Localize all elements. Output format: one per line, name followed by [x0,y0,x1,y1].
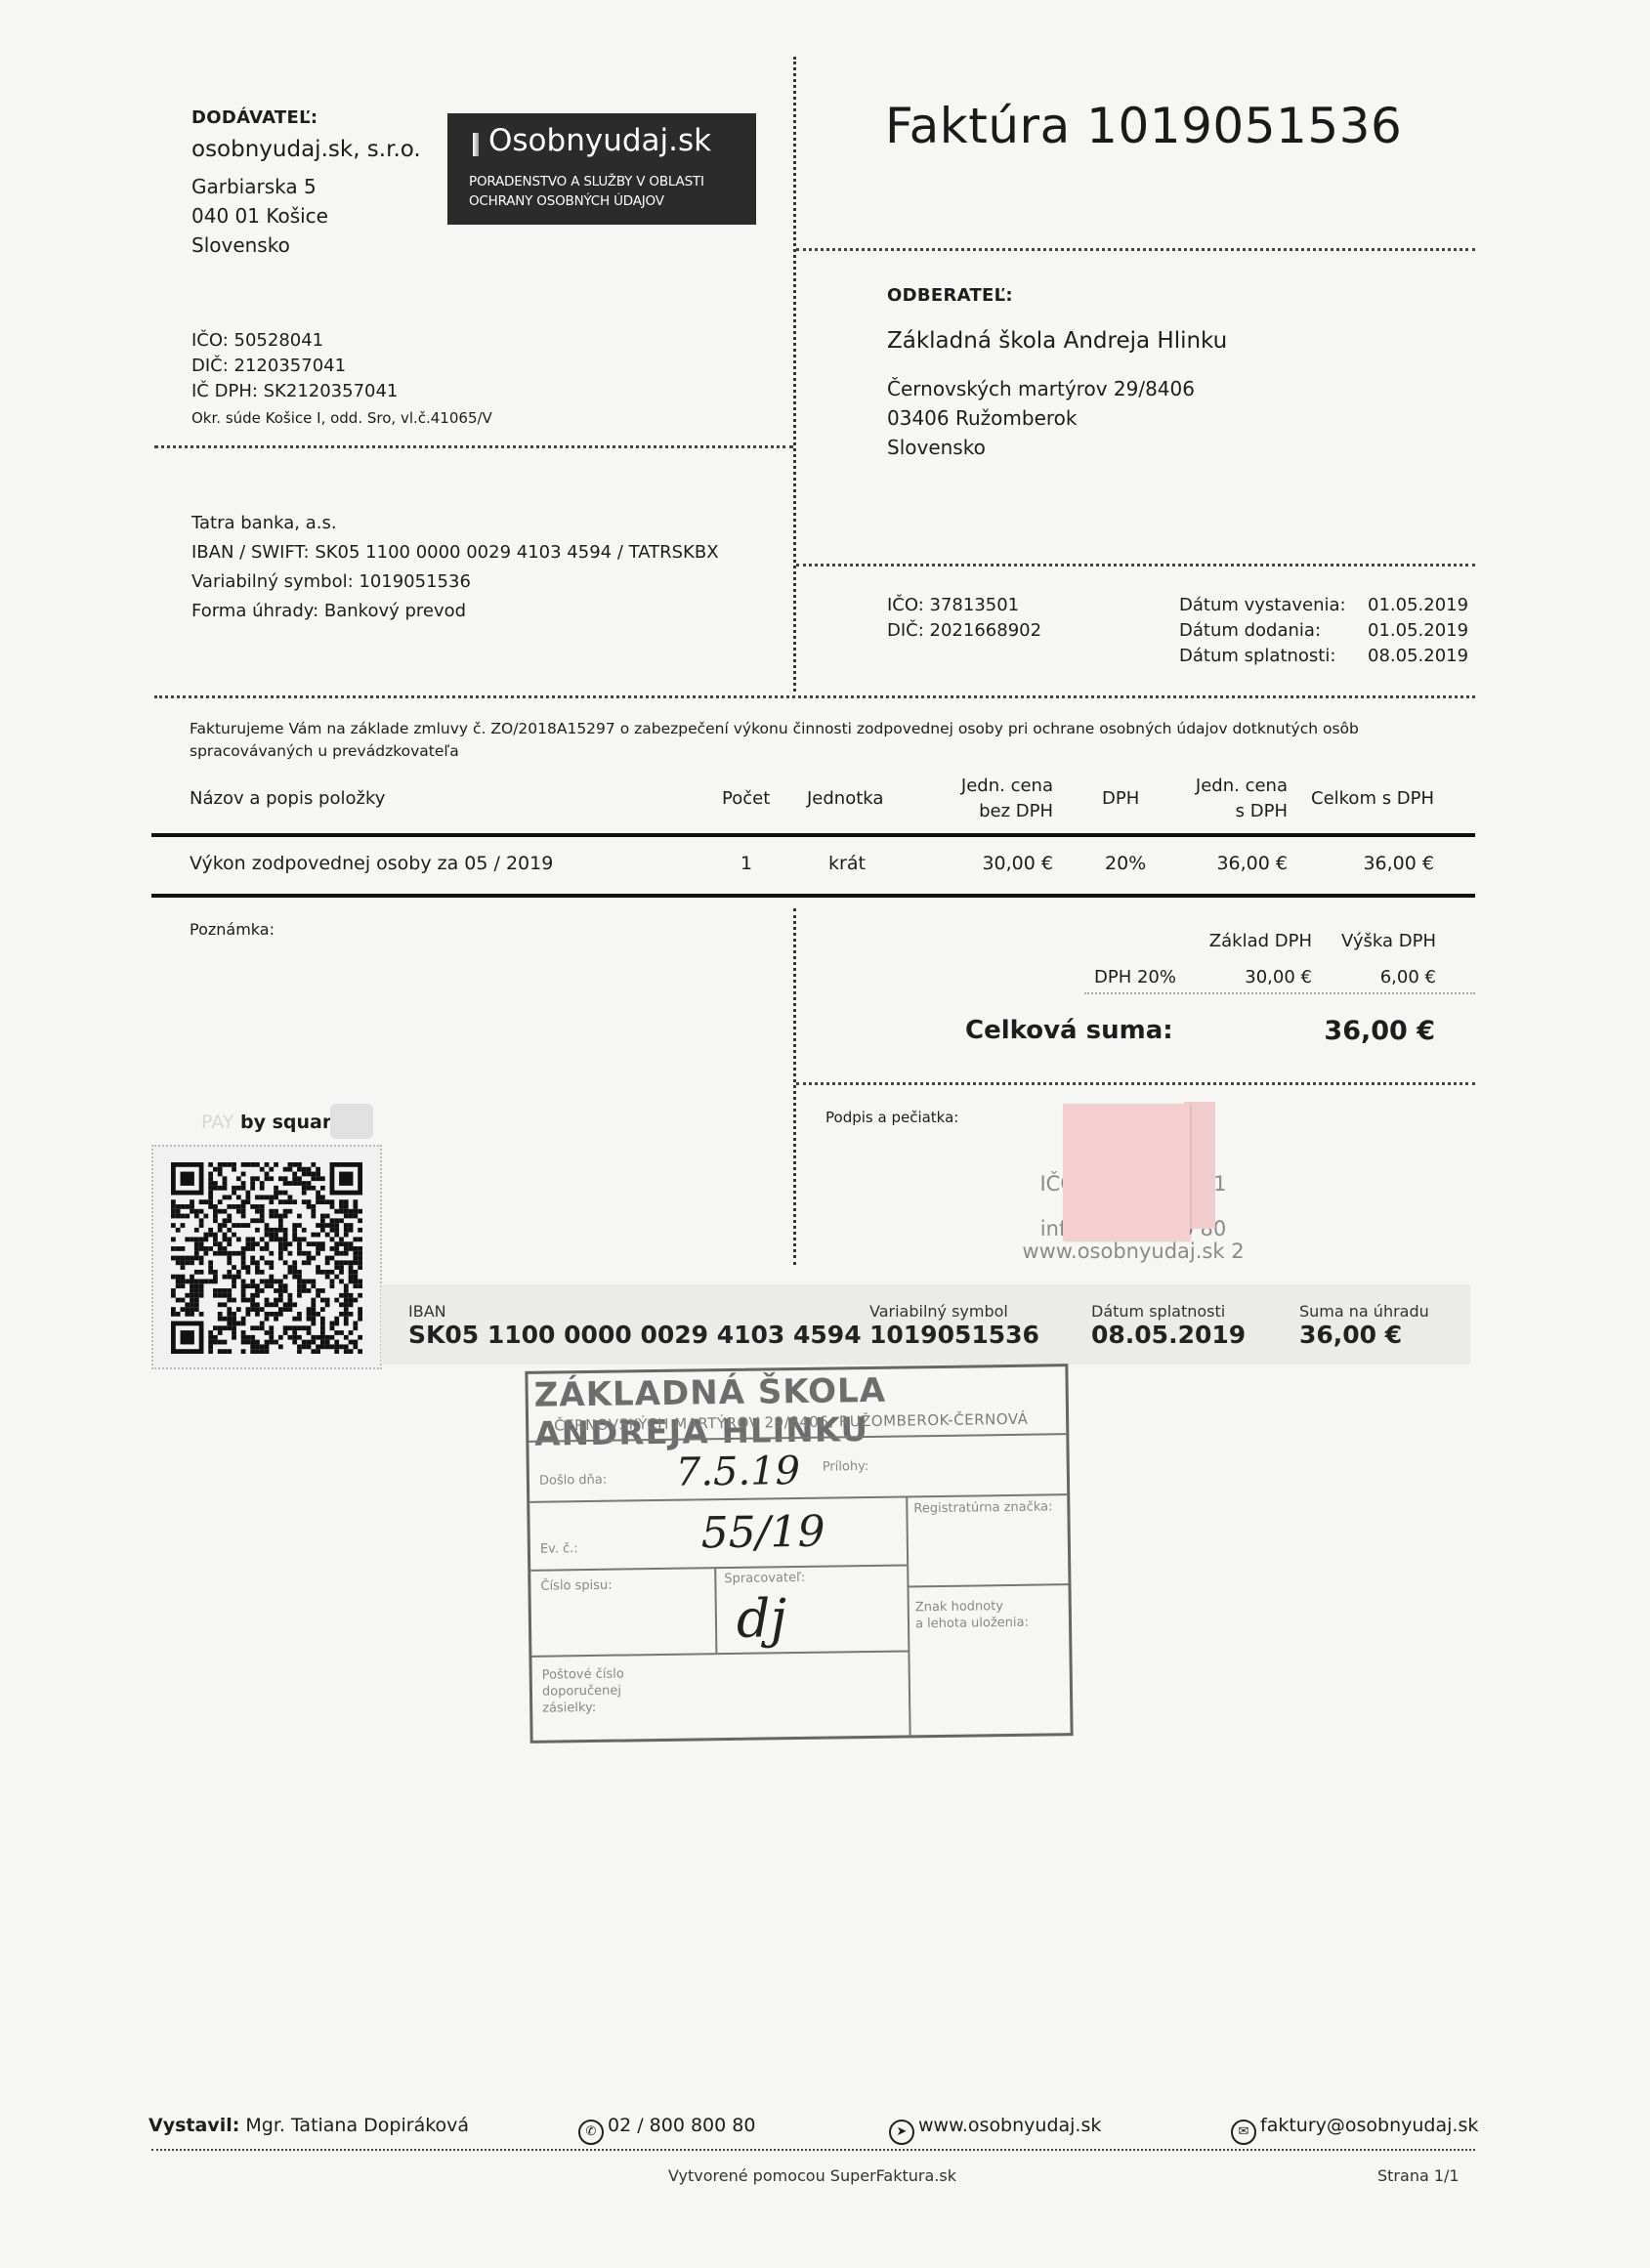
date-issued-label: Dátum vystavenia: [1179,592,1346,618]
pb-iban-value: SK05 1100 0000 0029 4103 4594 [408,1321,862,1349]
issued-by: Vystavil: Mgr. Tatiana Dopiráková [148,2115,469,2136]
divider-supplier [154,445,793,448]
intro-text-line-1: Fakturujeme Vám na základe zmluvy č. ZO/… [190,718,1359,740]
ev-label: Ev. č.: [540,1541,578,1557]
pb-amount-value: 36,00 € [1299,1321,1402,1349]
envelope-icon: ✉ [1231,2120,1256,2145]
item-vat: 20% [1105,853,1146,874]
customer-dic: DIČ: 2021668902 [887,617,1041,644]
supplier-heading: DODÁVATEĽ: [191,107,317,128]
attachments-label: Prílohy: [823,1459,869,1475]
supplier-dic: DIČ: 2120357041 [191,353,346,379]
bank-iban-swift: IBAN / SWIFT: SK05 1100 0000 0029 4103 4… [191,539,719,566]
customer-ico: IČO: 37813501 [887,592,1019,618]
supplier-ico: IČO: 50528041 [191,327,323,354]
table-bottom-rule [151,894,1475,898]
signature-label: Podpis a pečiatka: [825,1107,958,1129]
col-header-vat: DPH [1102,786,1139,812]
item-unit-price-gross: 36,00 € [1172,853,1288,874]
divider-vat-summary [1084,992,1475,994]
phone-icon: ✆ [578,2120,604,2145]
date-issued-value: 01.05.2019 [1368,592,1468,618]
divider-footer [151,2149,1475,2151]
date-delivered-value: 01.05.2019 [1368,617,1468,644]
payment-bar: IBAN SK05 1100 0000 0029 4103 4594 Varia… [381,1284,1470,1365]
pb-amount-label: Suma na úhradu [1299,1302,1429,1321]
registry-stamp: ZÁKLADNÁ ŠKOLA ANDREJA HLINKU ČERNOVSKÝC… [525,1364,1073,1743]
col-header-unit: Jednotka [807,786,883,812]
pay-by-square-faint: PAY [201,1112,233,1133]
divider-customer [796,564,1475,567]
logo-tagline-1: PORADENSTVO A SLUŽBY V OBLASTI [469,172,704,191]
pb-iban-label: IBAN [408,1302,446,1321]
registry-mark-label: Registratúrna značka: [913,1499,1052,1516]
processed-label: Spracovateľ: [724,1571,805,1586]
customer-country: Slovensko [887,433,986,462]
logo-tagline-2: OCHRANY OSOBNÝCH ÚDAJOV [469,191,704,211]
date-delivered-label: Dátum dodania: [1179,617,1321,644]
supplier-city: 040 01 Košice [191,201,328,231]
item-count: 1 [740,853,752,874]
pb-due-label: Dátum splatnosti [1091,1302,1225,1321]
postal-number-label: Poštové číslo doporučenej zásielky: [542,1666,625,1717]
vat-amount-value: 6,00 € [1329,964,1436,990]
pay-by-square-label: by square [240,1112,344,1133]
bank-name: Tatra banka, a.s. [191,510,337,536]
invoice-title: Faktúra 1019051536 [885,98,1402,154]
pb-due-value: 08.05.2019 [1091,1321,1246,1349]
supplier-country: Slovensko [191,231,290,260]
customer-name: Základná škola Andreja Hlinku [887,328,1227,354]
qr-code-icon [171,1162,362,1354]
vat-header-amount: Výška DPH [1329,928,1436,954]
item-unit-price-net: 30,00 € [938,853,1053,874]
col-header-unit-price-net: Jedn. cena bez DPH [938,774,1053,824]
pb-vs-value: 1019051536 [869,1321,1039,1349]
note-label: Poznámka: [190,918,275,942]
sticky-note [1063,1104,1190,1240]
company-logo: Osobnyudaj.sk PORADENSTVO A SLUŽBY V OBL… [447,113,756,225]
col-header-total: Celkom s DPH [1311,786,1434,812]
date-due-label: Dátum splatnosti: [1179,643,1335,669]
received-value: 7.5.19 [676,1449,801,1495]
intro-text-line-2: spracovávaných u prevádzkovateľa [190,740,459,763]
page-number: Strana 1/1 [1377,2166,1460,2185]
item-unit: krát [828,853,866,874]
supplier-street: Garbiarska 5 [191,172,317,201]
supplier-ic-dph: IČ DPH: SK2120357041 [191,378,398,404]
footer-phone: ✆02 / 800 800 80 [578,2115,755,2145]
issued-by-name: Mgr. Tatiana Dopiráková [245,2115,469,2136]
vertical-divider [793,57,796,692]
col-header-count: Počet [722,786,770,812]
card-icon [330,1104,373,1139]
customer-city: 03406 Ružomberok [887,403,1077,433]
col-header-name: Názov a popis položky [190,786,385,812]
footer-website[interactable]: ➤www.osobnyudaj.sk [889,2115,1101,2145]
vat-rate: DPH 20% [1094,964,1176,990]
vat-base-value: 30,00 € [1172,964,1312,990]
date-due-value: 08.05.2019 [1368,643,1468,669]
vertical-divider-lower [793,908,796,1265]
table-top-rule [151,833,1475,837]
customer-heading: ODBERATEĽ: [887,285,1013,306]
file-no-label: Číslo spisu: [540,1578,612,1594]
received-label: Došlo dňa: [539,1473,607,1489]
footer-email[interactable]: ✉faktury@osobnyudaj.sk [1231,2115,1478,2145]
retention-label: Znak hodnoty a lehota uloženia: [915,1598,1029,1633]
item-name: Výkon zodpovednej osoby za 05 / 2019 [190,853,553,874]
bank-variable-symbol: Variabilný symbol: 1019051536 [191,568,471,595]
customer-street: Černovských martýrov 29/8406 [887,374,1195,403]
divider-total [796,1082,1475,1085]
ev-value: 55/19 [700,1507,825,1559]
issued-by-label: Vystavil: [148,2115,239,2136]
generated-by: Vytvorené pomocou SuperFaktura.sk [668,2166,956,2185]
logo-brand: Osobnyudaj.sk [488,123,711,158]
supplier-registry: Okr. súde Košice I, odd. Sro, vl.č.41065… [191,407,492,430]
supplier-name: osobnyudaj.sk, s.r.o. [191,137,421,162]
cursor-icon: ➤ [889,2120,914,2145]
item-total: 36,00 € [1319,853,1434,874]
divider-header [154,695,1475,698]
pb-vs-label: Variabilný symbol [869,1302,1008,1321]
vat-header-base: Základ DPH [1172,928,1312,954]
bank-payment-method: Forma úhrady: Bankový prevod [191,598,466,624]
divider-title [796,248,1475,251]
total-value: 36,00 € [1324,1016,1435,1046]
processed-signature: dj [736,1587,786,1650]
total-label: Celková suma: [965,1016,1173,1045]
col-header-unit-price-gross: Jedn. cena s DPH [1172,774,1288,824]
payment-qr-code [151,1145,382,1369]
